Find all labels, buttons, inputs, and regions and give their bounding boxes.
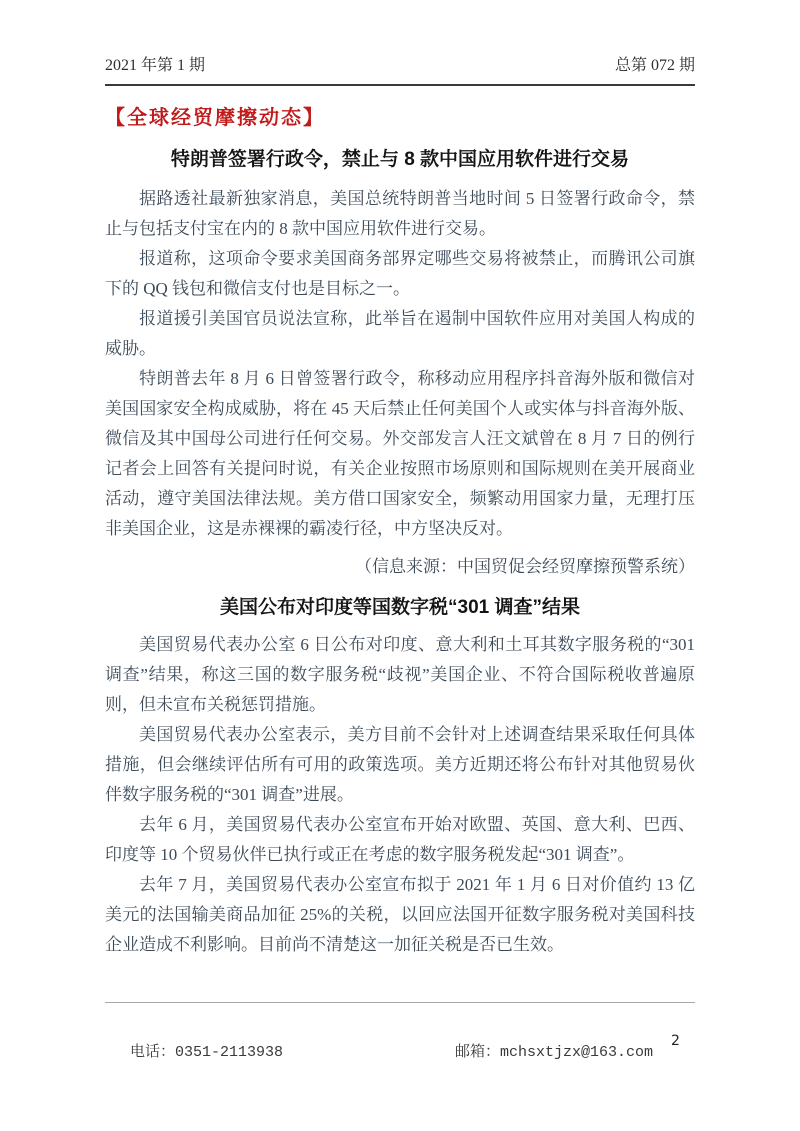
- article-1-title: 特朗普签署行政令，禁止与 8 款中国应用软件进行交易: [105, 146, 695, 174]
- article-paragraph: 特朗普去年 8 月 6 日曾签署行政令，称移动应用程序抖音海外版和微信对美国国家…: [105, 364, 695, 544]
- page-content: 2021 年第 1 期 总第 072 期 【全球经贸摩擦动态】 特朗普签署行政令…: [105, 0, 695, 960]
- article-paragraph: 据路透社最新独家消息，美国总统特朗普当地时间 5 日签署行政命令，禁止与包括支付…: [105, 184, 695, 244]
- article-paragraph: 美国贸易代表办公室 6 日公布对印度、意大利和土耳其数字服务税的“301 调查”…: [105, 630, 695, 720]
- article-paragraph: 美国贸易代表办公室表示，美方目前不会针对上述调查结果采取任何具体措施，但会继续评…: [105, 720, 695, 810]
- article-paragraph: 报道援引美国官员说法宣称，此举旨在遏制中国软件应用对美国人构成的威胁。: [105, 304, 695, 364]
- page-header: 2021 年第 1 期 总第 072 期: [105, 0, 695, 86]
- page-number: 2: [671, 1033, 680, 1049]
- article-1: 特朗普签署行政令，禁止与 8 款中国应用软件进行交易 据路透社最新独家消息，美国…: [105, 146, 695, 582]
- section-heading: 【全球经贸摩擦动态】: [105, 104, 695, 132]
- footer-email: 邮箱：mchsxtjzx@163.com: [455, 1040, 653, 1061]
- article-paragraph: 报道称，这项命令要求美国商务部界定哪些交易将被禁止，而腾讯公司旗下的 QQ 钱包…: [105, 244, 695, 304]
- article-2-title: 美国公布对印度等国数字税“301 调查”结果: [105, 594, 695, 622]
- source-attribution: （信息来源：中国贸促会经贸摩擦预警系统）: [105, 552, 695, 582]
- issue-number-left: 2021 年第 1 期: [105, 54, 205, 78]
- document-page: 2021 年第 1 期 总第 072 期 【全球经贸摩擦动态】 特朗普签署行政令…: [0, 0, 800, 1131]
- article-paragraph: 去年 6 月，美国贸易代表办公室宣布开始对欧盟、英国、意大利、巴西、印度等 10…: [105, 810, 695, 870]
- article-2: 美国公布对印度等国数字税“301 调查”结果 美国贸易代表办公室 6 日公布对印…: [105, 594, 695, 960]
- issue-number-right: 总第 072 期: [615, 54, 695, 78]
- footer-divider: [105, 1002, 695, 1003]
- footer-phone: 电话：0351-2113938: [130, 1040, 283, 1061]
- article-paragraph: 去年 7 月，美国贸易代表办公室宣布拟于 2021 年 1 月 6 日对价值约 …: [105, 870, 695, 960]
